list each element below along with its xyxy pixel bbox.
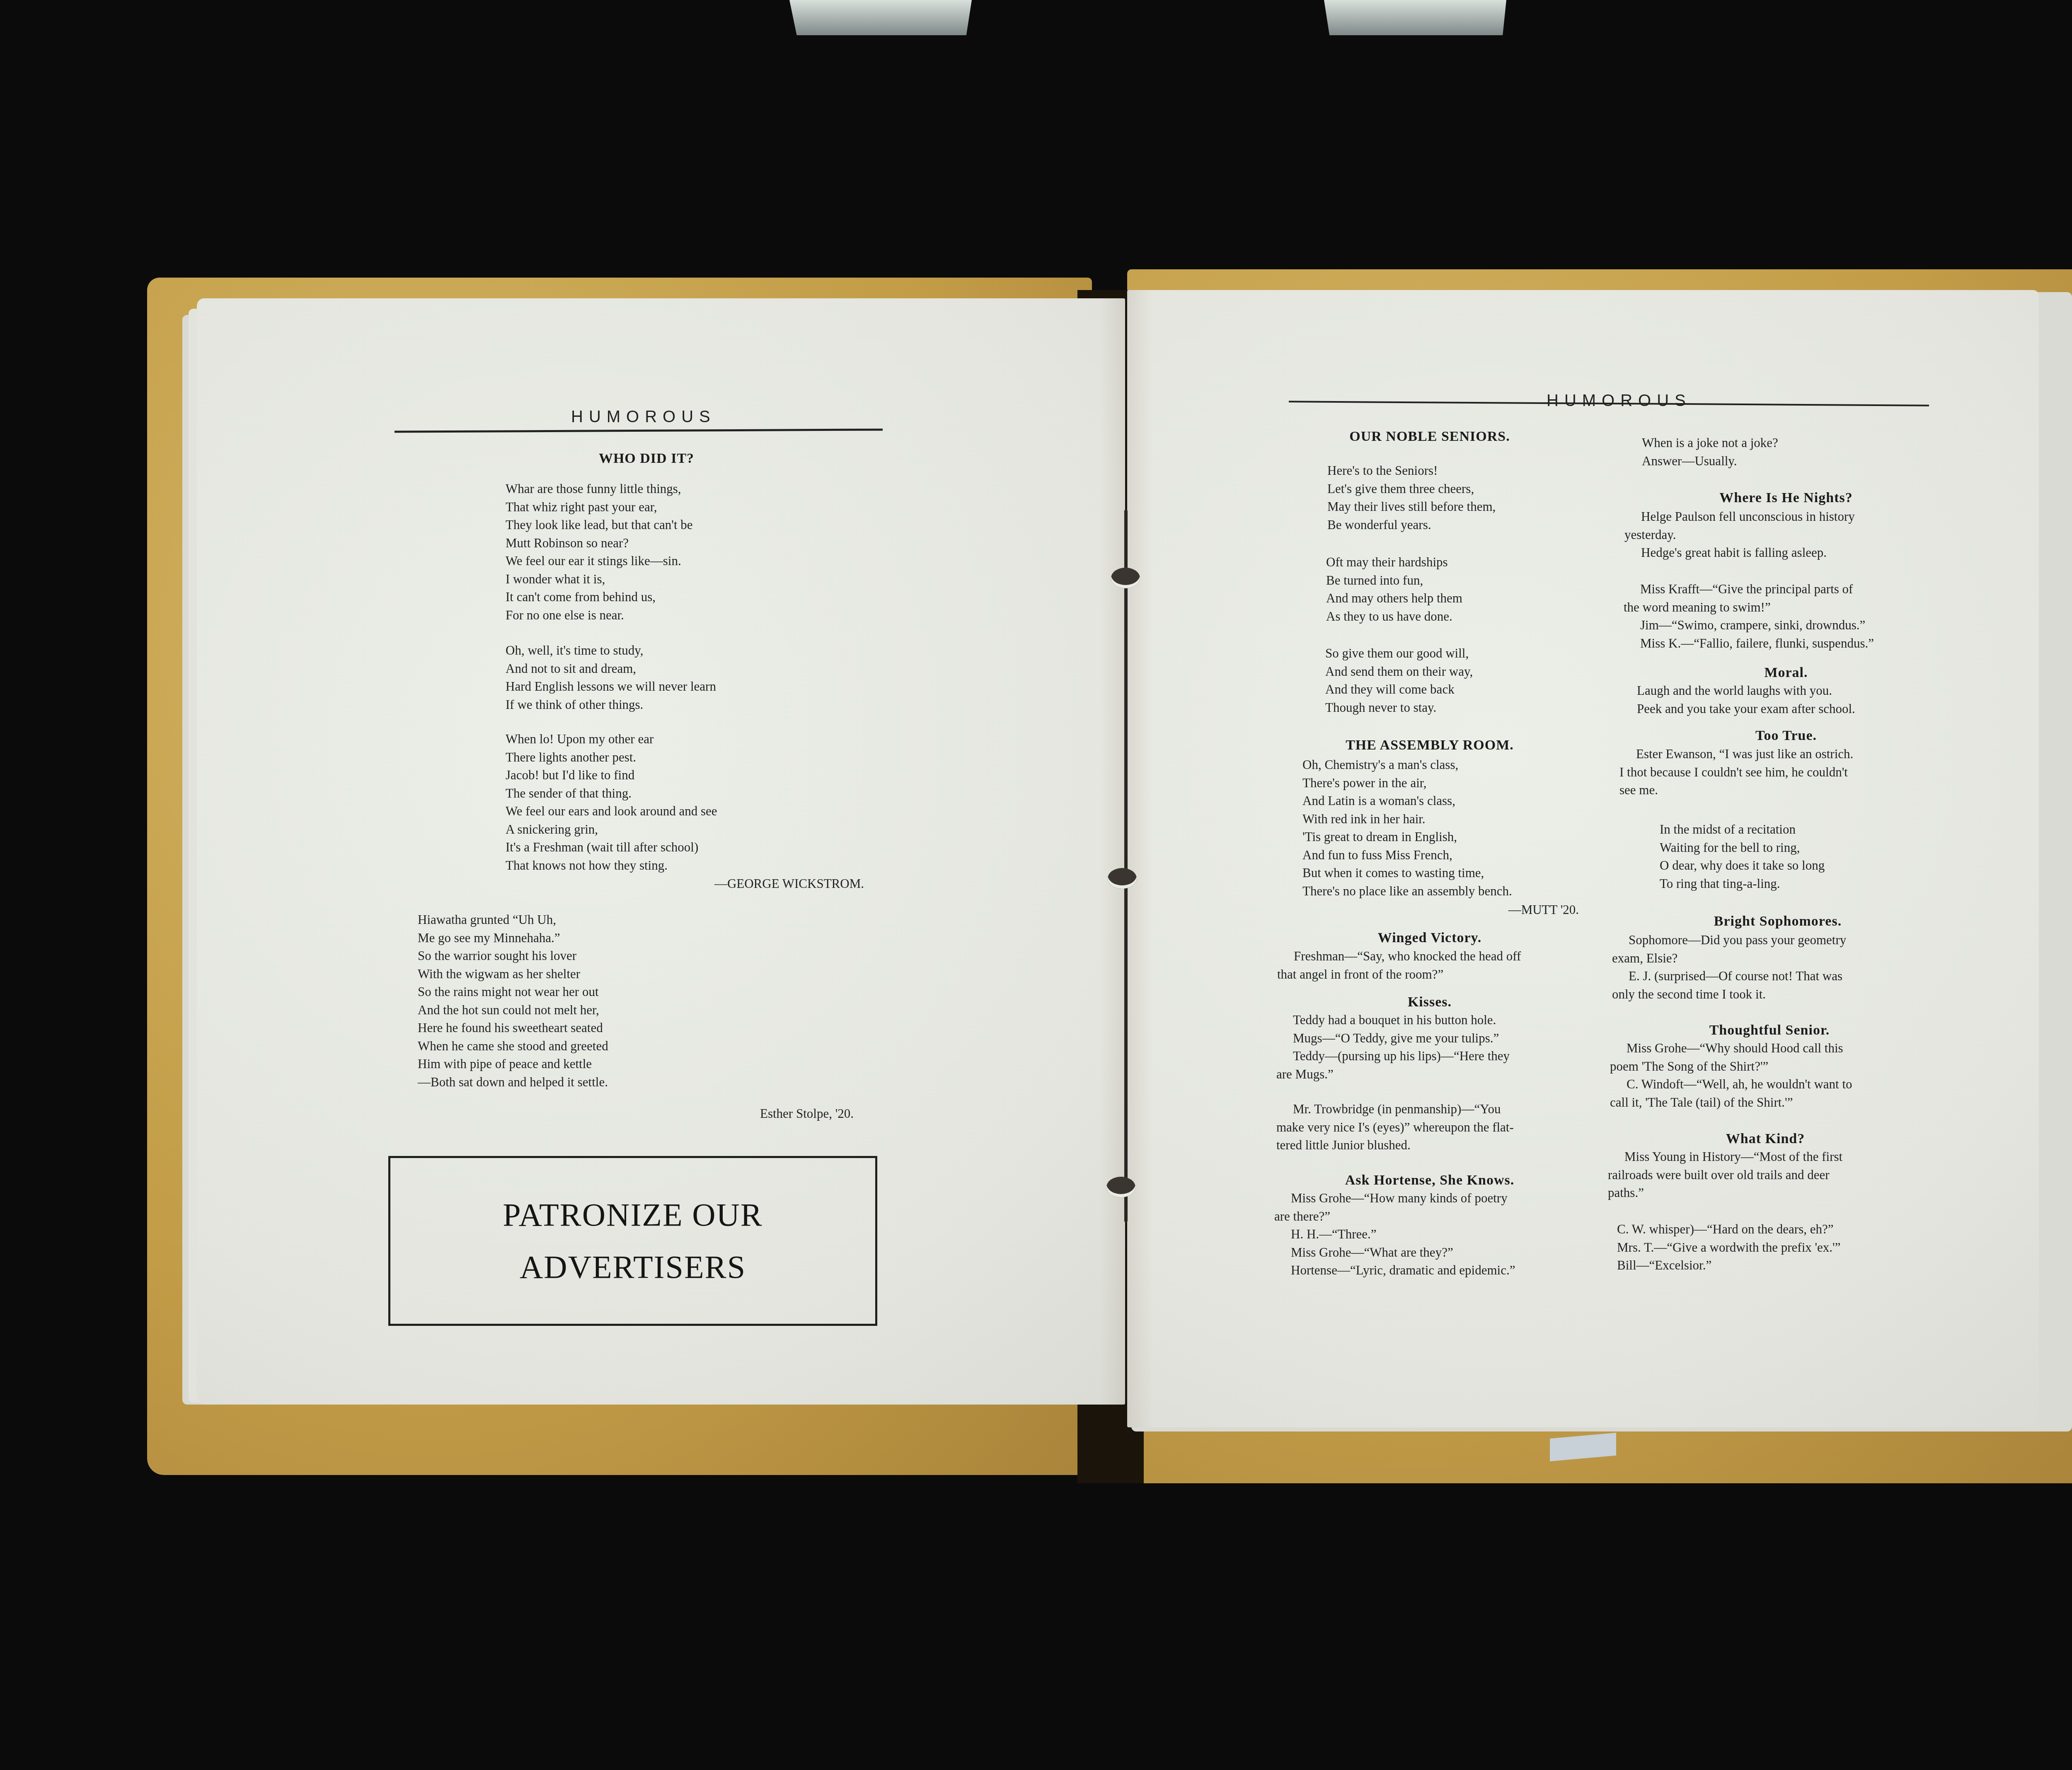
poem-line: When he came she stood and greeted: [418, 1037, 608, 1055]
text-line: Mrs. T.—“Give a wordwith the prefix 'ex.…: [1617, 1238, 1840, 1257]
text-line: poem 'The Song of the Shirt?'”: [1610, 1057, 1919, 1076]
text-line: Sophomore—Did you pass your geometry: [1612, 931, 1921, 949]
poem-line: And the hot sun could not melt her,: [418, 1001, 608, 1019]
text-line: call it, 'The Tale (tail) of the Shirt.'…: [1610, 1093, 1919, 1112]
text-line: Peek and you take your exam after school…: [1637, 700, 1855, 718]
text-line: Hedge's great habit is falling asleep.: [1624, 544, 1931, 562]
text-line: Mr. Trowbridge (in penmanship)—“You: [1276, 1100, 1593, 1118]
poem-line: We feel our ears and look around and see: [506, 802, 717, 820]
poem-line: We feel our ear it stings like—sin.: [506, 552, 693, 570]
joke-ask-hortense: Miss Grohe—“How many kinds of poetry are…: [1274, 1189, 1593, 1279]
poem-line: They look like lead, but that can't be: [506, 516, 693, 534]
poem-line: And not to sit and dream,: [506, 660, 716, 678]
poem-line: But when it comes to wasting time,: [1302, 864, 1512, 882]
title-kisses: Kisses.: [1305, 994, 1554, 1010]
poem-line: Hiawatha grunted “Uh Uh,: [418, 911, 608, 929]
joke-when-is-a-joke: When is a joke not a joke? Answer—Usuall…: [1642, 434, 1778, 470]
poem-assembly-room: Oh, Chemistry's a man's class, There's p…: [1302, 756, 1512, 900]
poem-line: That knows not how they sting.: [506, 856, 717, 875]
text-line: Miss Grohe—“What are they?”: [1274, 1243, 1593, 1262]
title-thoughtful-senior: Thoughtful Senior.: [1612, 1023, 1927, 1038]
joke-miss-krafft: Miss Krafft—“Give the principal parts of…: [1624, 580, 1932, 652]
text-line: railroads were built over old trails and…: [1608, 1166, 1917, 1184]
text-line: are there?”: [1274, 1207, 1593, 1226]
poem-noble-seniors-stanza-3: So give them our good will, And send the…: [1325, 644, 1473, 716]
text-line: H. H.—“Three.”: [1274, 1225, 1593, 1243]
poem-line: Though never to stay.: [1325, 699, 1473, 717]
title-ask-hortense: Ask Hortense, She Knows.: [1305, 1173, 1554, 1188]
joke-trowbridge: Mr. Trowbridge (in penmanship)—“You make…: [1276, 1100, 1593, 1154]
poem-line: There's power in the air,: [1302, 774, 1512, 792]
text-line: Bill—“Excelsior.”: [1617, 1256, 1840, 1274]
poem-line: O dear, why does it take so long: [1660, 856, 1825, 875]
background-glare-right: [1324, 0, 1506, 35]
poem-line: Be turned into fun,: [1326, 571, 1462, 590]
poem-line: And they will come back: [1325, 680, 1473, 699]
text-line: are Mugs.”: [1276, 1065, 1593, 1083]
poem-line: With the wigwam as her shelter: [418, 965, 608, 983]
text-line: I thot because I couldn't see him, he co…: [1619, 763, 1926, 781]
joke-winged-victory: Freshman—“Say, who knocked the head off …: [1277, 947, 1594, 983]
advertisers-notice-box: PATRONIZE OUR ADVERTISERS: [388, 1156, 877, 1326]
title-what-kind: What Kind?: [1608, 1131, 1923, 1147]
text-line: Freshman—“Say, who knocked the head off: [1277, 947, 1594, 965]
poem-who-did-it-stanza-3: When lo! Upon my other ear There lights …: [506, 730, 717, 874]
text-line: Ester Ewanson, “I was just like an ostri…: [1619, 745, 1926, 763]
gutter-shadow-left: [1100, 298, 1125, 1405]
poem-line: In the midst of a recitation: [1660, 820, 1825, 839]
poem-line: Whar are those funny little things,: [506, 480, 693, 498]
text-line: Teddy had a bouquet in his button hole.: [1276, 1011, 1593, 1029]
binding-hole-icon: [1106, 1177, 1135, 1197]
title-where-is-he-nights: Where Is He Nights?: [1629, 490, 1944, 506]
title-bright-sophomores: Bright Sophomores.: [1620, 914, 1935, 929]
text-line: Miss Grohe—“Why should Hood call this: [1610, 1039, 1919, 1057]
poem-line: 'Tis great to dream in English,: [1302, 828, 1512, 846]
poem-line: The sender of that thing.: [506, 784, 717, 803]
running-head-left: HUMOROUS: [571, 408, 716, 426]
poem-line: Be wonderful years.: [1327, 516, 1496, 534]
text-line: Teddy—(pursing up his lips)—“Here they: [1276, 1047, 1593, 1065]
text-line: yesterday.: [1624, 526, 1931, 544]
poem-line: Jacob! but I'd like to find: [506, 766, 717, 784]
poem-line: If we think of other things.: [506, 696, 716, 714]
poem-line: And send them on their way,: [1325, 663, 1473, 681]
text-line: Laugh and the world laughs with you.: [1637, 682, 1855, 700]
binding-thread: [1124, 510, 1128, 1222]
poem-line: Here's to the Seniors!: [1327, 462, 1496, 480]
joke-kisses: Teddy had a bouquet in his button hole. …: [1276, 1011, 1593, 1083]
title-too-true: Too True.: [1629, 728, 1944, 744]
poem-line: Oh, Chemistry's a man's class,: [1302, 756, 1512, 774]
poem-line: And fun to fuss Miss French,: [1302, 846, 1512, 864]
poem-noble-seniors-stanza-1: Here's to the Seniors! Let's give them t…: [1327, 462, 1496, 534]
binding-hole-icon: [1108, 868, 1137, 889]
text-line: exam, Elsie?: [1612, 949, 1921, 967]
text-line: Miss Young in History—“Most of the first: [1608, 1148, 1917, 1166]
poem-line: May their lives still before them,: [1327, 498, 1496, 516]
author-mutt: —MUTT '20.: [1450, 902, 1579, 917]
title-winged-victory: Winged Victory.: [1305, 930, 1554, 946]
poem-hiawatha: Hiawatha grunted “Uh Uh, Me go see my Mi…: [418, 911, 608, 1091]
poem-line: So the warrior sought his lover: [418, 947, 608, 965]
poem-line: As they to us have done.: [1326, 607, 1462, 626]
text-line: E. J. (surprised—Of course not! That was: [1612, 967, 1921, 985]
poem-line: When lo! Upon my other ear: [506, 730, 717, 748]
poem-noble-seniors-stanza-2: Oft may their hardships Be turned into f…: [1326, 553, 1462, 625]
poem-line: So give them our good will,: [1325, 644, 1473, 663]
poem-line: It's a Freshman (wait till after school): [506, 838, 717, 856]
poem-line: For no one else is near.: [506, 606, 693, 624]
poem-line: Me go see my Minnehaha.”: [418, 929, 608, 947]
poem-line: I wonder what it is,: [506, 570, 693, 588]
binding-hole-icon: [1111, 568, 1140, 588]
text-line: that angel in front of the room?”: [1277, 965, 1594, 984]
poem-line: Let's give them three cheers,: [1327, 480, 1496, 498]
gutter-shadow-right: [1127, 290, 1152, 1427]
poem-line: And Latin is a woman's class,: [1302, 792, 1512, 810]
poem-line: Oft may their hardships: [1326, 553, 1462, 571]
background-glare-left: [789, 0, 972, 35]
poem-line: A snickering grin,: [506, 820, 717, 839]
text-line: Miss K.—“Fallio, failere, flunki, suspen…: [1624, 634, 1932, 653]
poem-recitation: In the midst of a recitation Waiting for…: [1660, 820, 1825, 892]
running-head-right: HUMOROUS: [1547, 392, 1692, 410]
text-line: Hortense—“Lyric, dramatic and epidemic.”: [1274, 1261, 1593, 1279]
poem-line: And may others help them: [1326, 589, 1462, 607]
poem-who-did-it-stanza-1: Whar are those funny little things, That…: [506, 480, 693, 624]
text-line: Mugs—“O Teddy, give me your tulips.”: [1276, 1029, 1593, 1047]
text-line: Helge Paulson fell unconscious in histor…: [1624, 508, 1931, 526]
poem-line: —Both sat down and helped it settle.: [418, 1073, 608, 1091]
title-moral: Moral.: [1629, 665, 1944, 681]
joke-where-is-he-nights: Helge Paulson fell unconscious in histor…: [1624, 508, 1931, 562]
poem-line: There lights another pest.: [506, 748, 717, 767]
poem-line: It can't come from behind us,: [506, 588, 693, 606]
poem-line: There's no place like an assembly bench.: [1302, 882, 1512, 900]
poem-line: That whiz right past your ear,: [506, 498, 693, 516]
poem-line: Waiting for the bell to ring,: [1660, 839, 1825, 857]
joke-bright-sophomores: Sophomore—Did you pass your geometry exa…: [1612, 931, 1921, 1003]
author-george-wickstrom: —GEORGE WICKSTROM.: [663, 876, 864, 891]
text-line: Jim—“Swimo, crampere, sinki, drowndus.”: [1624, 616, 1932, 634]
text-line: C. Windoft—“Well, ah, he wouldn't want t…: [1610, 1075, 1919, 1093]
joke-too-true: Ester Ewanson, “I was just like an ostri…: [1619, 745, 1926, 799]
poem-line: Him with pipe of peace and kettle: [418, 1055, 608, 1073]
joke-moral: Laugh and the world laughs with you. Pee…: [1637, 682, 1855, 718]
title-assembly-room: THE ASSEMBLY ROOM.: [1305, 737, 1554, 753]
text-line: see me.: [1619, 781, 1926, 799]
joke-dears: C. W. whisper)—“Hard on the dears, eh?” …: [1617, 1220, 1840, 1274]
poem-line: Mutt Robinson so near?: [506, 534, 693, 552]
text-line: the word meaning to swim!”: [1624, 598, 1932, 617]
text-line: C. W. whisper)—“Hard on the dears, eh?”: [1617, 1220, 1840, 1238]
poem-who-did-it-stanza-2: Oh, well, it's time to study, And not to…: [506, 641, 716, 713]
poem-title-who-did-it: WHO DID IT?: [539, 451, 754, 467]
poem-line: With red ink in her hair.: [1302, 810, 1512, 828]
joke-thoughtful-senior: Miss Grohe—“Why should Hood call this po…: [1610, 1039, 1919, 1111]
poem-line: To ring that ting-a-ling.: [1660, 875, 1825, 893]
text-line: When is a joke not a joke?: [1642, 434, 1778, 452]
text-line: Miss Grohe—“How many kinds of poetry: [1274, 1189, 1593, 1207]
ad-line-1: PATRONIZE OUR: [390, 1196, 875, 1233]
text-line: make very nice I's (eyes)” whereupon the…: [1276, 1118, 1593, 1136]
text-line: tered little Junior blushed.: [1276, 1136, 1593, 1154]
poem-line: Hard English lessons we will never learn: [506, 677, 716, 696]
text-line: Answer—Usually.: [1642, 452, 1778, 470]
text-line: only the second time I took it.: [1612, 985, 1921, 1003]
title-our-noble-seniors: OUR NOBLE SENIORS.: [1305, 429, 1554, 445]
poem-line: Here he found his sweetheart seated: [418, 1019, 608, 1037]
text-line: Miss Krafft—“Give the principal parts of: [1624, 580, 1932, 598]
author-esther-stolpe: Esther Stolpe, '20.: [680, 1106, 854, 1121]
joke-what-kind: Miss Young in History—“Most of the first…: [1608, 1148, 1917, 1202]
text-line: paths.”: [1608, 1184, 1917, 1202]
ad-line-2: ADVERTISERS: [390, 1248, 875, 1286]
poem-line: So the rains might not wear her out: [418, 983, 608, 1001]
poem-line: Oh, well, it's time to study,: [506, 641, 716, 660]
